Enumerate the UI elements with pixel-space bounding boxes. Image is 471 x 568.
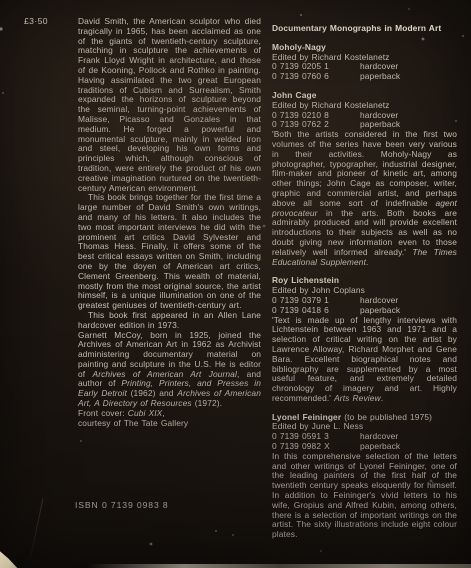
isbn-format: hardcover xyxy=(360,431,398,441)
blurb-paragraph-1: David Smith, the American sculptor who d… xyxy=(78,17,261,193)
series-entry-john-cage: John Cage Edited by Richard Kostelanetz … xyxy=(272,91,457,130)
isbn-format: hardcover xyxy=(360,295,398,305)
entry-title-text: John Cage xyxy=(272,90,317,100)
entry-title-text: Roy Lichenstein xyxy=(272,275,339,285)
isbn-format: paperback xyxy=(360,71,400,81)
series-entry-moholy-nagy: Moholy-Nagy Edited by Richard Kostelanet… xyxy=(272,43,457,82)
entry-title-suffix: (to be published 1975) xyxy=(341,412,432,422)
left-column: David Smith, the American sculptor who d… xyxy=(78,17,261,428)
corner-wear-patch xyxy=(0,549,24,568)
blurb-paragraph-3: This book first appeared in an Allen Lan… xyxy=(78,311,261,331)
isbn-format: hardcover xyxy=(360,110,398,120)
scratch-mark xyxy=(30,499,44,560)
page-edge-strip xyxy=(88,564,471,568)
isbn-format: paperback xyxy=(360,305,400,315)
review-times-educational-supplement: 'Both the artists considered in the firs… xyxy=(272,130,457,267)
blurb-paragraph-2: This book brings together for the first … xyxy=(78,193,261,311)
series-title: Documentary Monographs in Modern Art xyxy=(272,24,457,34)
price-label: £3·50 xyxy=(24,16,48,26)
front-cover-credit: Front cover: Cubi XIX, courtesy of The T… xyxy=(78,409,261,429)
feininger-description: In this comprehensive selection of the l… xyxy=(272,452,457,540)
isbn-footer: ISBN 0 7139 0983 8 xyxy=(75,500,169,510)
review-arts-review: 'Text is made up of lengthy interviews w… xyxy=(272,316,457,404)
right-column: Documentary Monographs in Modern Art Moh… xyxy=(272,24,457,540)
entry-title-text: Moholy-Nagy xyxy=(272,42,326,52)
series-entry-roy-lichenstein: Roy Lichenstein Edited by John Coplans 0… xyxy=(272,276,457,315)
dust-specks xyxy=(0,0,2,2)
isbn-number: 0 7139 0760 6 xyxy=(272,72,360,82)
series-entry-lyonel-feininger: Lyonel Feininger (to be published 1975) … xyxy=(272,413,457,452)
isbn-format: paperback xyxy=(360,441,400,451)
isbn-format: hardcover xyxy=(360,61,398,71)
isbn-format: paperback xyxy=(360,119,400,129)
editor-bio-paragraph: Garnett McCoy, born in 1925, joined the … xyxy=(78,331,261,409)
entry-title-text: Lyonel Feininger xyxy=(272,412,341,422)
isbn-line: 0 7139 0760 6paperback xyxy=(272,72,457,82)
book-back-cover: £3·50 David Smith, the American sculptor… xyxy=(0,0,471,568)
